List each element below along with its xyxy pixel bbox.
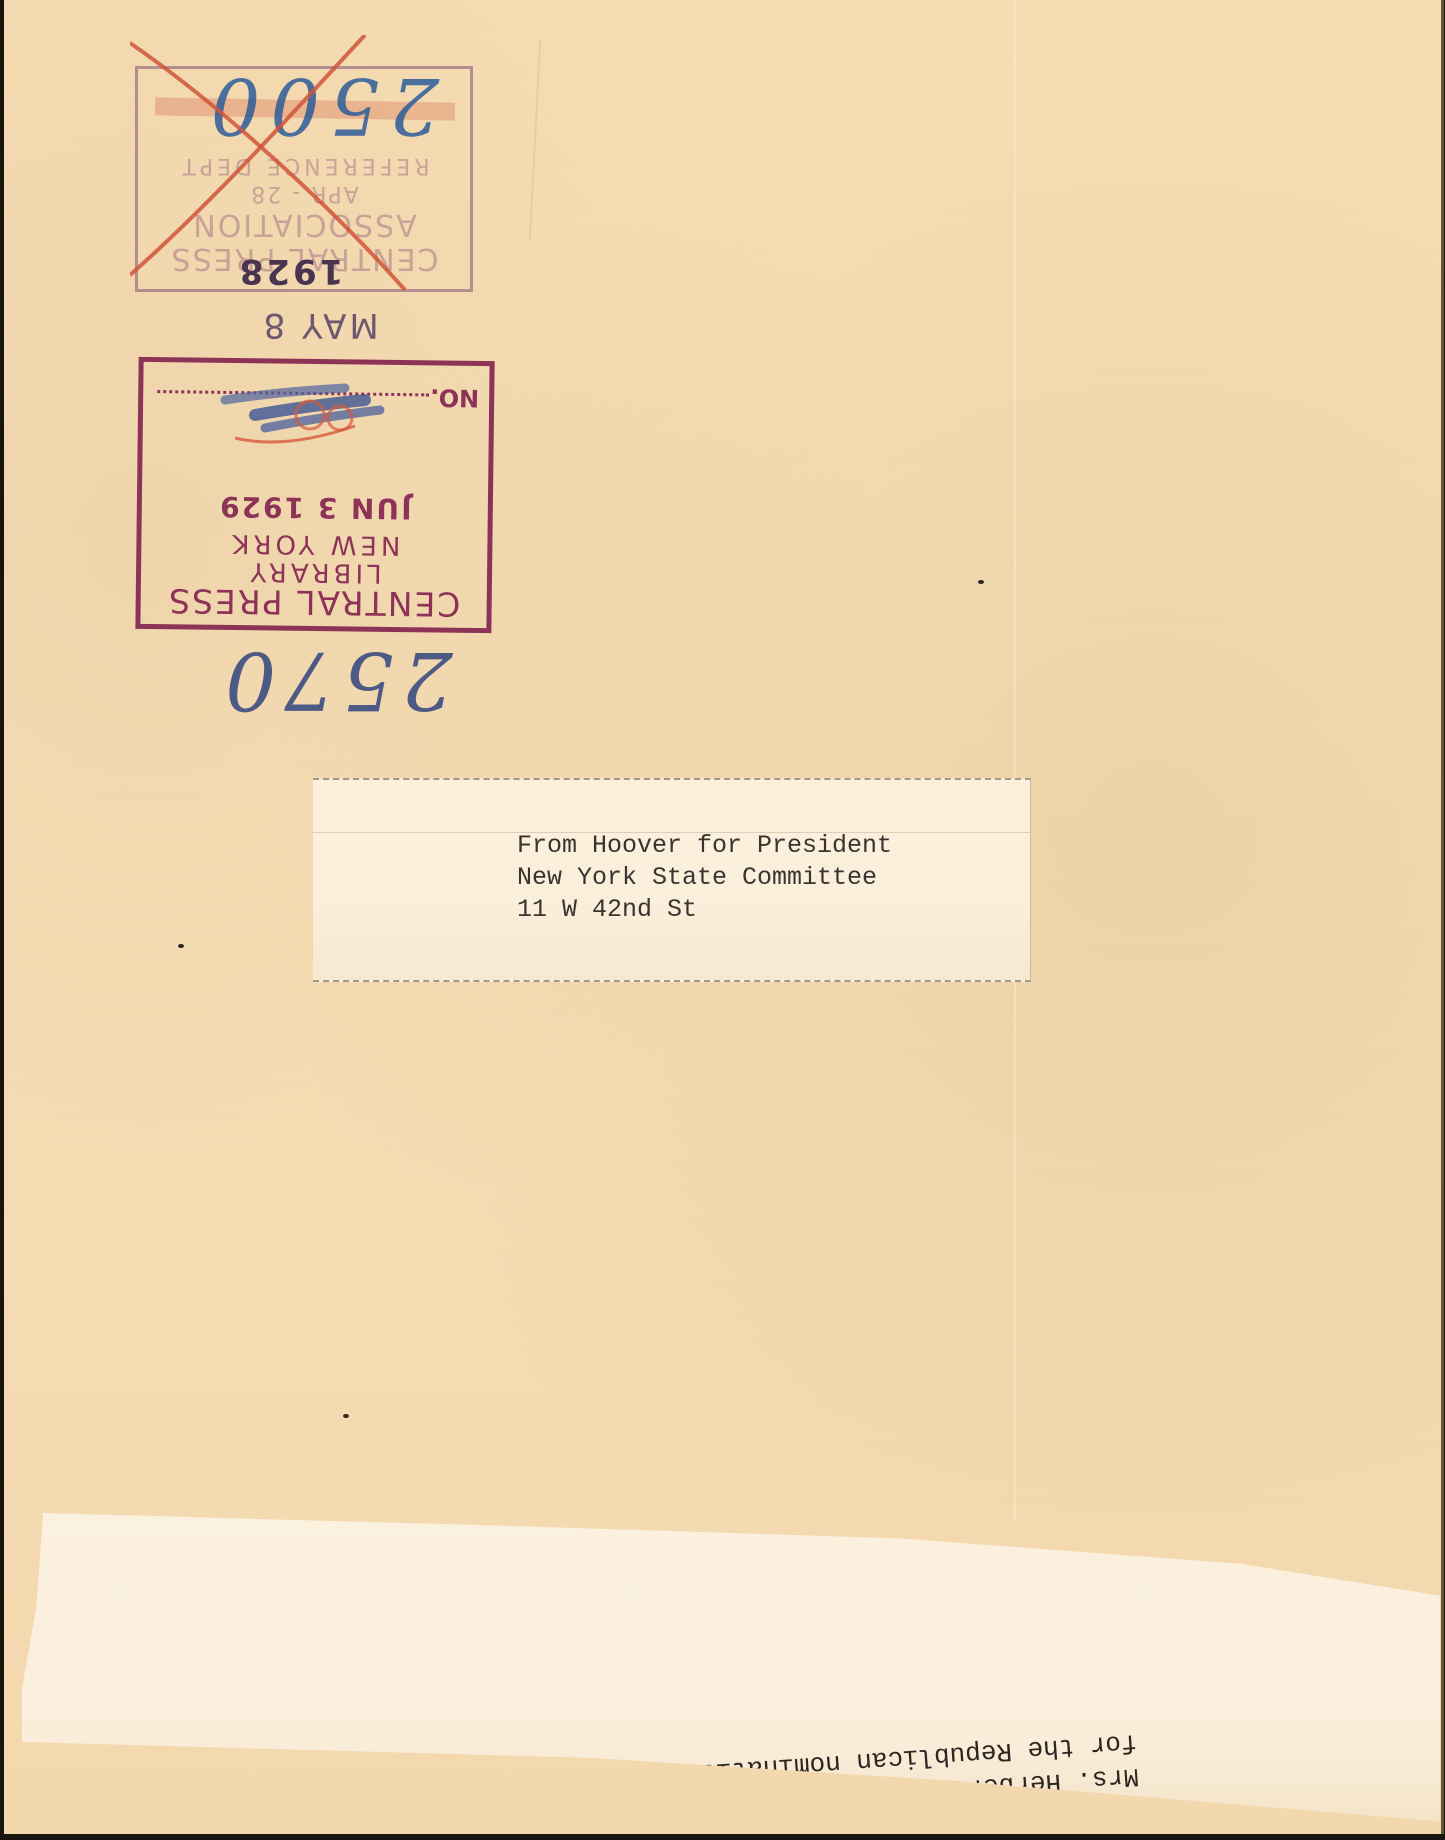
stamp-line: APR - 28: [249, 179, 359, 207]
handwritten-catalog-number: 2570: [210, 635, 460, 725]
paper-crease: [1014, 0, 1016, 1520]
handwritten-number-2500: 2500: [180, 60, 460, 150]
received-date-year: 1928: [237, 251, 344, 291]
library-stamp-city: NEW YORK: [141, 528, 487, 560]
dust-speck: [978, 580, 984, 584]
source-label-line: From Hoover for President: [517, 830, 892, 862]
library-stamp-library: LIBRARY: [141, 556, 487, 588]
source-label: From Hoover for PresidentNew York State …: [313, 778, 1031, 982]
source-label-line: 11 W 42nd St: [517, 894, 892, 926]
dust-speck: [178, 944, 184, 948]
source-label-text: From Hoover for PresidentNew York State …: [517, 830, 892, 926]
received-date-stamp: MAY 8 1928: [170, 298, 410, 352]
dust-speck: [343, 1414, 349, 1418]
received-date-month: MAY 8: [261, 305, 379, 345]
library-stamp-number-line: [157, 390, 429, 396]
stamp-line: ASSOCIATION: [191, 207, 416, 241]
paper-crease: [529, 40, 541, 240]
library-stamp-name: CENTRAL PRESS: [140, 582, 486, 622]
stamp-line: REFERENCE DEPT: [178, 151, 429, 179]
source-label-line: New York State Committee: [517, 862, 892, 894]
library-stamp-date: JUN 3 1929: [142, 490, 488, 524]
central-press-library-stamp: CENTRAL PRESS LIBRARY NEW YORK JUN 3 192…: [135, 357, 494, 633]
library-stamp-number-label: NO.: [430, 383, 479, 412]
library-stamp-number-row: NO.: [157, 376, 479, 420]
